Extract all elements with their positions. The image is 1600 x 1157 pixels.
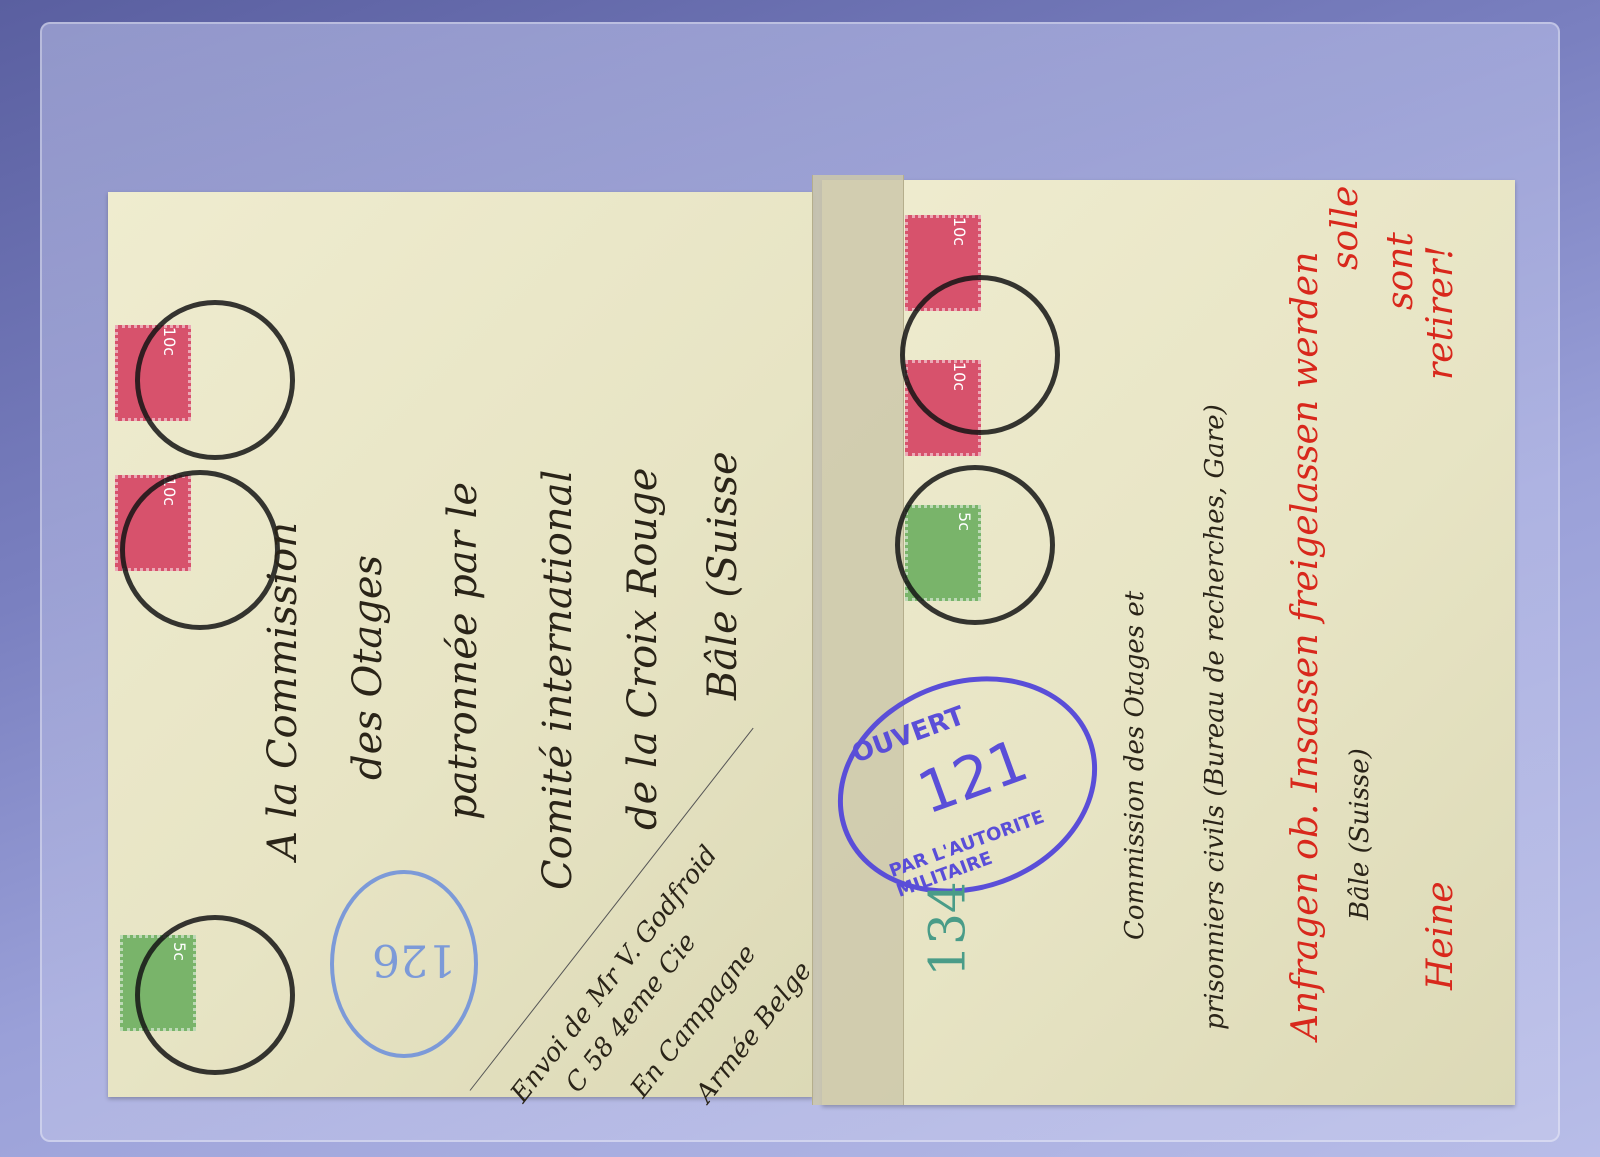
postmark (135, 915, 295, 1075)
address-line: prisonniers civils (Bureau de recherches… (1200, 404, 1230, 1030)
red-annotation: Anfragen ob. Insassen freigelassen werde… (1285, 252, 1326, 1040)
postmark (895, 465, 1055, 625)
red-annotation: solle (1325, 186, 1366, 270)
postmark (120, 470, 280, 630)
censor-tape (812, 175, 904, 1105)
postmark (135, 300, 295, 460)
address-line: des Otages (345, 555, 391, 780)
postmark (900, 275, 1060, 435)
red-annotation: Heine (1420, 881, 1461, 990)
address-line: A la Commission (260, 522, 306, 860)
address-line: patronnée par le (440, 482, 486, 820)
address-line: Bâle (Suisse) (1345, 748, 1375, 920)
green-number: 134 (919, 881, 977, 976)
address-line: Commission des Otages et (1120, 591, 1150, 940)
address-line: Bâle (Suisse (700, 451, 746, 700)
blue-oval-mark: 126 (330, 870, 478, 1058)
red-annotation: retirer! (1420, 245, 1461, 380)
address-line: de la Croix Rouge (620, 468, 666, 830)
address-line: Comité international (535, 470, 581, 890)
red-annotation: sont (1380, 232, 1421, 310)
